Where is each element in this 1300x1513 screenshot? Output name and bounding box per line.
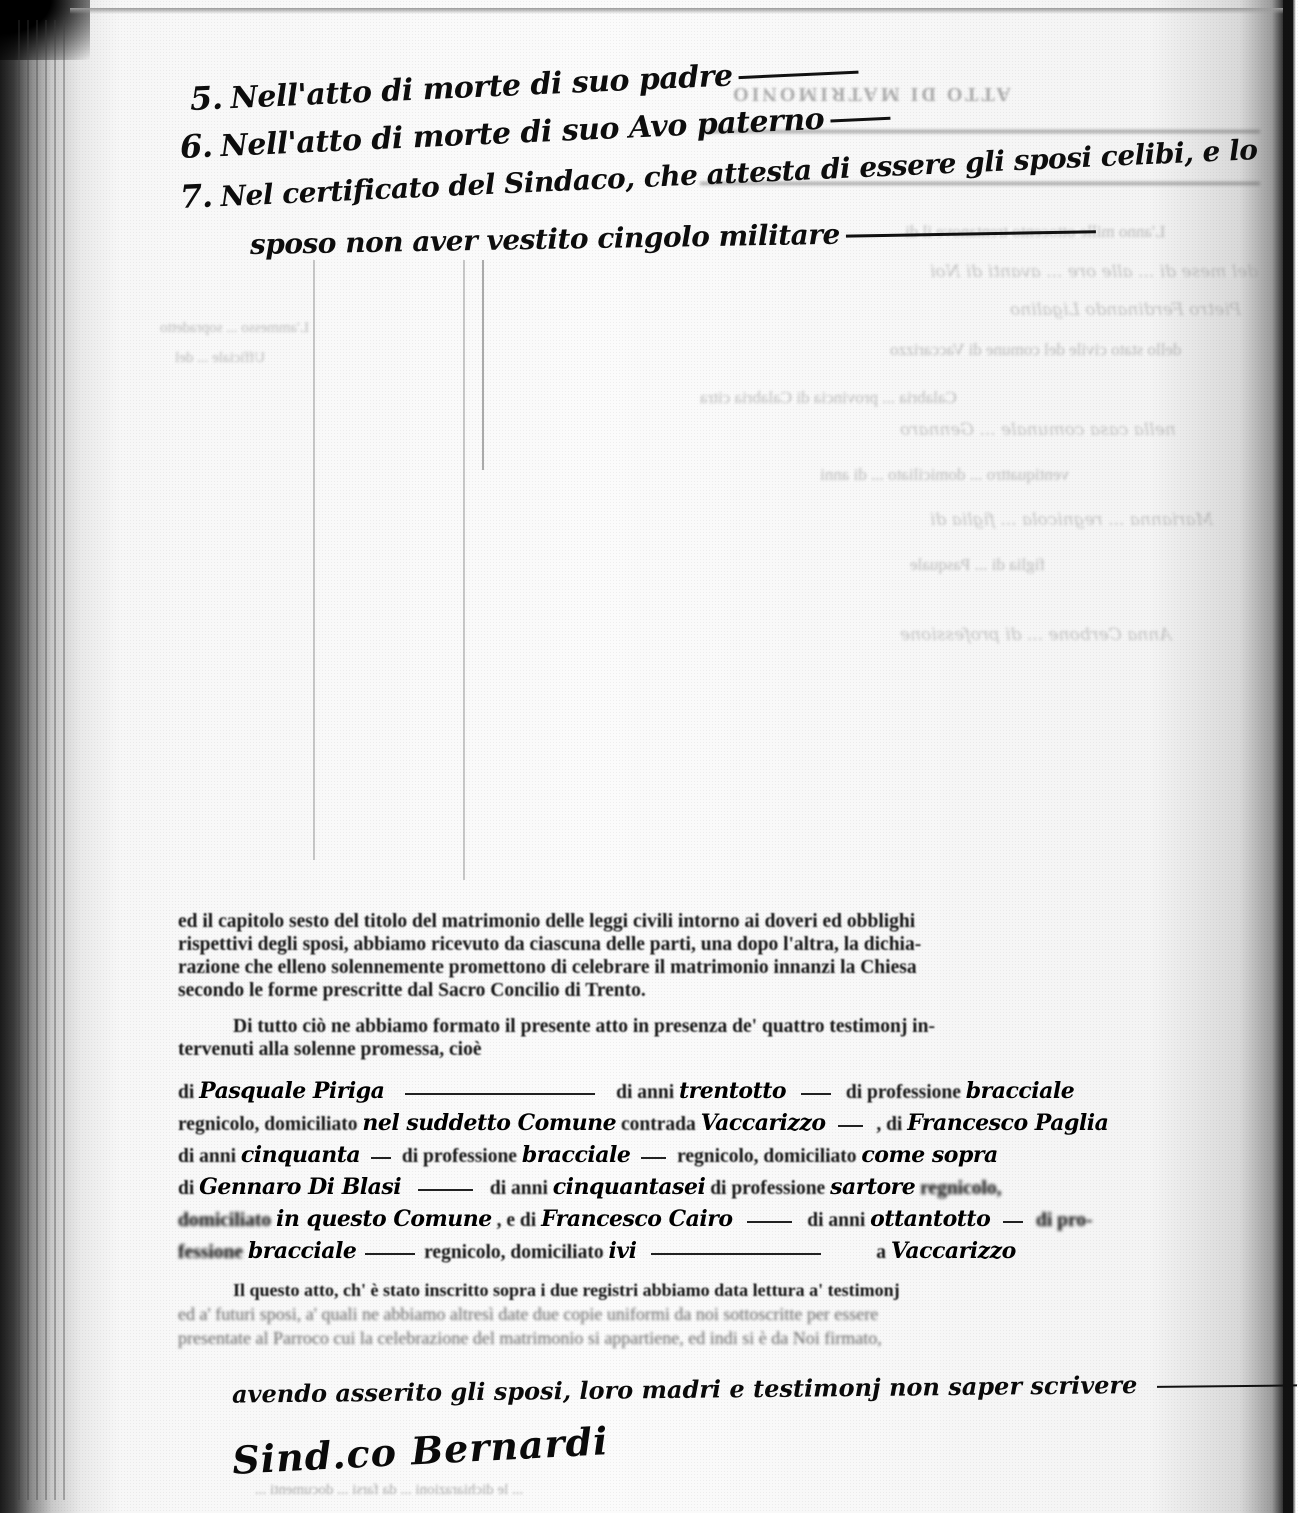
- ghost-line: dello stato civile del comune di Vaccari…: [890, 340, 1181, 360]
- witness-2-name: Francesco Paglia: [907, 1110, 1108, 1136]
- witness-line-6: fessione bracciale regnicolo, domiciliat…: [178, 1236, 1228, 1268]
- ghost-line: Marianna ... regnicola ... figlia di: [930, 510, 1213, 530]
- witness-1-domicile: nel suddetto Comune: [362, 1110, 616, 1136]
- witness-1-profession: bracciale: [966, 1078, 1075, 1104]
- ghost-line: Anna Cerbone ... di professione: [900, 625, 1172, 645]
- ghost-margin-text: L'ammesso ... sopradetto: [160, 320, 309, 337]
- ghost-column-rule: [313, 260, 315, 860]
- witness-3-age: cinquantasei: [553, 1174, 706, 1200]
- witness-3-profession: sartore: [830, 1174, 915, 1200]
- witness-line-3: di anni cinquanta di professione braccia…: [178, 1140, 1228, 1172]
- witness-4-profession: bracciale: [248, 1238, 357, 1264]
- scanned-page: ATTO DI MATRIMONIO L'anno mille ottocent…: [0, 0, 1300, 1513]
- printed-paragraph-2: Di tutto ciò ne abbiamo formato il prese…: [178, 1015, 1228, 1061]
- witness-2-domicile: come sopra: [861, 1142, 997, 1168]
- bottom-bleed-through: ... le dichiarazioni ... da farsi ... do…: [255, 1482, 523, 1499]
- note-7-continued: sposo non aver vestito cingolo militare: [250, 213, 1096, 261]
- witness-1-name: Pasquale Piriga: [199, 1078, 384, 1104]
- ghost-column-rule: [482, 260, 484, 470]
- witness-4-domicile: ivi: [608, 1238, 636, 1264]
- ghost-line: figlia di ... Pasquale: [910, 555, 1045, 575]
- ghost-line: ventiquattro ... domiciliato ... di anni: [820, 465, 1069, 485]
- witness-1-age: trentotto: [679, 1078, 786, 1104]
- witness-line-2: regnicolo, domiciliato nel suddetto Comu…: [178, 1108, 1228, 1140]
- mayor-signature: Sind.co Bernardi: [231, 1418, 609, 1483]
- ghost-line: Pietro Ferdinando Ligalino: [1010, 300, 1241, 320]
- witness-4-age: ottantotto: [870, 1206, 990, 1232]
- page-stack-edges: [18, 20, 68, 1500]
- page-top-edge: [70, 8, 1290, 14]
- witness-1-contrada: Vaccarizzo: [701, 1110, 826, 1136]
- witness-4-name: Francesco Cairo: [541, 1206, 732, 1232]
- ghost-line: Calabria ... provincia di Calabria citra: [700, 388, 957, 408]
- page-right-border: [1283, 0, 1293, 1513]
- witness-3-domicile: in questo Comune: [276, 1206, 492, 1232]
- witness-line-5: domiciliato in questo Comune , e di Fran…: [178, 1204, 1228, 1236]
- ghost-line: nella casa comunale ... Gennaro: [900, 420, 1176, 440]
- witness-2-age: cinquanta: [241, 1142, 360, 1168]
- witness-2-profession: bracciale: [522, 1142, 631, 1168]
- printed-paragraph-1: ed il capitolo sesto del titolo del matr…: [178, 910, 1228, 1002]
- witness-line-1: di Pasquale Piriga di anni trentotto di …: [178, 1076, 1228, 1108]
- witness-line-4: di Gennaro Di Blasi di anni cinquantasei…: [178, 1172, 1228, 1204]
- witness-block: di Pasquale Piriga di anni trentotto di …: [178, 1076, 1228, 1268]
- printed-paragraph-3: Il questo atto, ch' è stato inscritto so…: [178, 1278, 1228, 1350]
- witness-3-name: Gennaro Di Blasi: [199, 1174, 401, 1200]
- witness-4-place: Vaccarizzo: [891, 1238, 1016, 1264]
- ghost-column-rule: [463, 260, 465, 880]
- ghost-margin-text: Ufficiale ... del: [175, 350, 265, 367]
- closing-handwritten-note: avendo asserito gli sposi, loro madri e …: [232, 1368, 1298, 1408]
- ghost-line: del mese di ... alle ore ... avanti di N…: [930, 262, 1258, 282]
